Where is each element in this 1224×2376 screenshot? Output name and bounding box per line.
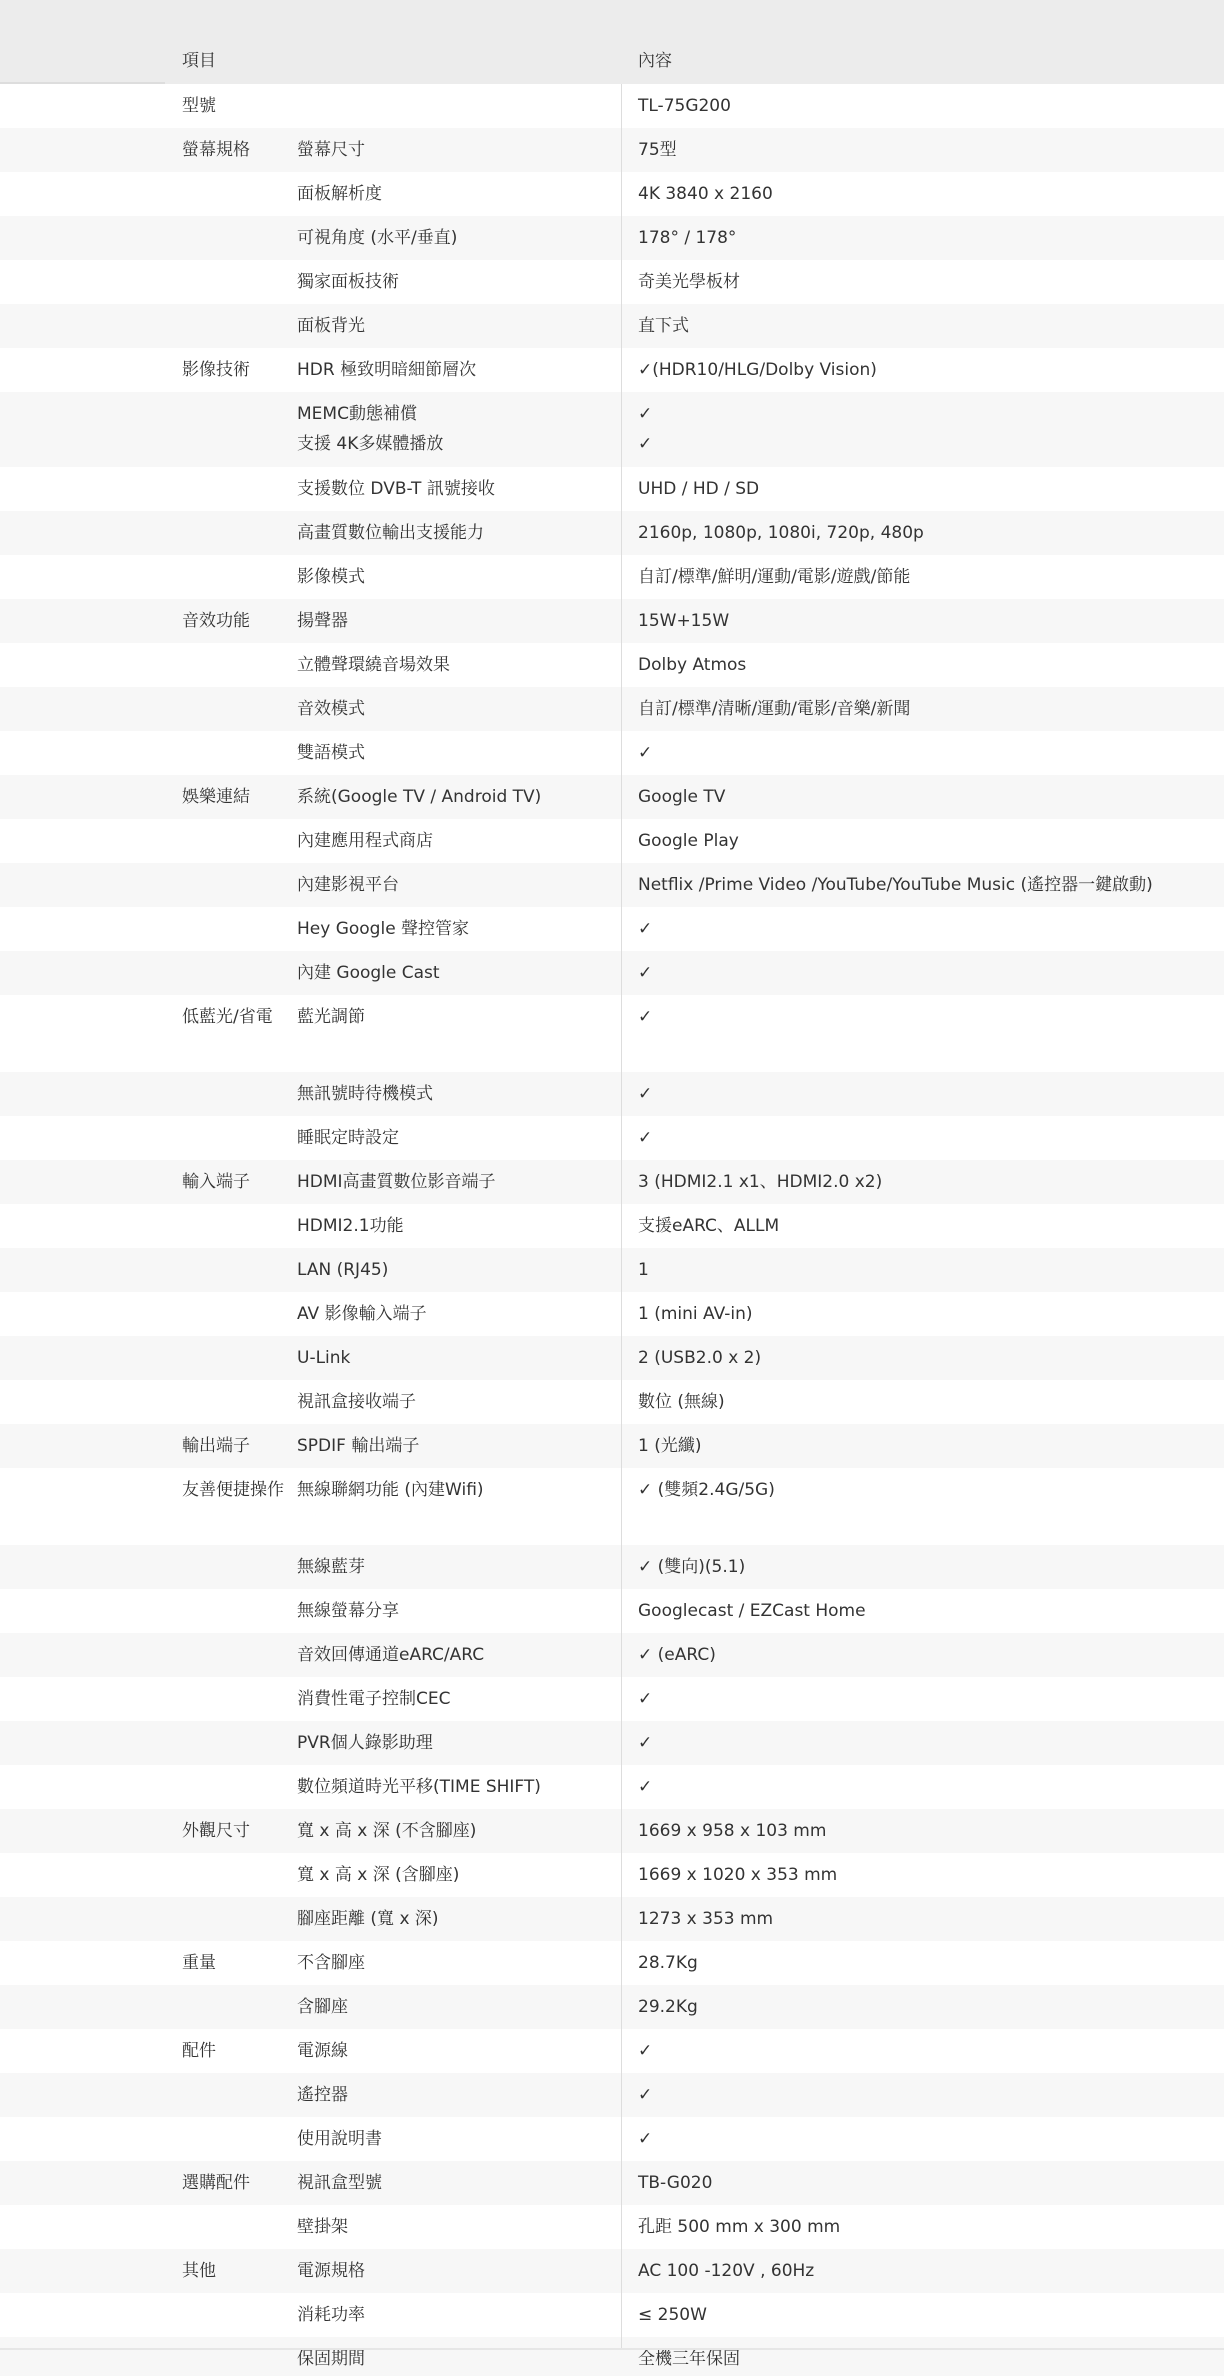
spec-name: Hey Google 聲控管家 bbox=[297, 907, 469, 945]
spec-value: Netflix /Prime Video /YouTube/YouTube Mu… bbox=[638, 863, 1153, 901]
table-row: 音效回傳通道eARC/ARC ✓ (eARC) bbox=[0, 1633, 1224, 1677]
table-row: 消耗功率 ≤ 250W bbox=[0, 2293, 1224, 2337]
spec-value: ✓ bbox=[638, 951, 652, 989]
spec-name: 腳座距離 (寬 x 深) bbox=[297, 1897, 439, 1935]
spec-name: 內建 Google Cast bbox=[297, 951, 440, 989]
spec-value: 奇美光學板材 bbox=[638, 260, 740, 298]
spec-table: 項目 內容 型號 TL-75G200 螢幕規格 螢幕尺寸 75型 面板解析度 4… bbox=[0, 0, 1224, 2376]
spec-name: HDMI2.1功能 bbox=[297, 1204, 404, 1242]
table-row: 低藍光/省電 藍光調節 ✓ bbox=[0, 995, 1224, 1072]
spec-value: ✓ bbox=[638, 1677, 652, 1715]
spec-name: 睡眠定時設定 bbox=[297, 1116, 399, 1154]
table-row: AV 影像輸入端子 1 (mini AV-in) bbox=[0, 1292, 1224, 1336]
table-header: 項目 內容 bbox=[0, 0, 1224, 84]
group-label bbox=[182, 1116, 292, 1123]
spec-value: 1669 x 958 x 103 mm bbox=[638, 1809, 826, 1847]
spec-name: 面板背光 bbox=[297, 304, 365, 342]
table-row: 配件 電源線 ✓ bbox=[0, 2029, 1224, 2073]
group-label bbox=[182, 1336, 292, 1343]
spec-name: 可視角度 (水平/垂直) bbox=[297, 216, 457, 254]
spec-value: ✓ bbox=[638, 1072, 652, 1110]
spec-name: AV 影像輸入端子 bbox=[297, 1292, 427, 1330]
spec-name: 內建應用程式商店 bbox=[297, 819, 433, 857]
table-row: 內建 Google Cast ✓ bbox=[0, 951, 1224, 995]
group-label bbox=[182, 1677, 292, 1684]
spec-value: ✓ (雙向)(5.1) bbox=[638, 1545, 745, 1583]
spec-name: 使用說明書 bbox=[297, 2117, 382, 2155]
group-label: 配件 bbox=[182, 2029, 292, 2067]
spec-value: 自訂/標準/清晰/運動/電影/音樂/新聞 bbox=[638, 687, 910, 725]
group-label bbox=[182, 731, 292, 738]
spec-value: 1 bbox=[638, 1248, 649, 1286]
spec-value: 自訂/標準/鮮明/運動/電影/遊戲/節能 bbox=[638, 555, 910, 593]
table-row: 高畫質數位輸出支援能力 2160p, 1080p, 1080i, 720p, 4… bbox=[0, 511, 1224, 555]
table-bottom-border bbox=[0, 2348, 1224, 2350]
table-row: 輸入端子 HDMI高畫質數位影音端子 3 (HDMI2.1 x1、HDMI2.0… bbox=[0, 1160, 1224, 1204]
header-content: 內容 bbox=[638, 51, 672, 71]
spec-name: 視訊盒型號 bbox=[297, 2161, 382, 2199]
spec-name: 消耗功率 bbox=[297, 2293, 365, 2331]
group-label bbox=[182, 1072, 292, 1079]
group-label bbox=[182, 2205, 292, 2212]
spec-value: ✓ (雙頻2.4G/5G) bbox=[638, 1468, 775, 1506]
table-row: 支援數位 DVB-T 訊號接收 UHD / HD / SD bbox=[0, 467, 1224, 511]
spec-name: HDMI高畫質數位影音端子 bbox=[297, 1160, 496, 1198]
spec-value: 支援eARC、ALLM bbox=[638, 1204, 779, 1242]
spec-value: 4K 3840 x 2160 bbox=[638, 172, 773, 210]
spec-name: 支援數位 DVB-T 訊號接收 bbox=[297, 467, 495, 505]
spec-value: ✓ bbox=[638, 731, 652, 769]
group-label bbox=[182, 1380, 292, 1387]
group-label bbox=[182, 1985, 292, 1992]
group-label bbox=[182, 1545, 292, 1552]
table-row: 睡眠定時設定 ✓ bbox=[0, 1116, 1224, 1160]
group-label bbox=[182, 216, 292, 223]
spec-name: 保固期間 bbox=[297, 2337, 365, 2375]
group-label bbox=[182, 304, 292, 311]
spec-value: 孔距 500 mm x 300 mm bbox=[638, 2205, 840, 2243]
group-label bbox=[182, 1765, 292, 1772]
spec-value: ≤ 250W bbox=[638, 2293, 707, 2331]
spec-name: 無線藍芽 bbox=[297, 1545, 365, 1583]
spec-value: TL-75G200 bbox=[638, 84, 731, 122]
spec-value: 28.7Kg bbox=[638, 1941, 698, 1979]
table-row: 壁掛架 孔距 500 mm x 300 mm bbox=[0, 2205, 1224, 2249]
group-label bbox=[182, 555, 292, 562]
spec-name: 系統(Google TV / Android TV) bbox=[297, 775, 541, 813]
group-label bbox=[182, 907, 292, 914]
spec-name: 音效回傳通道eARC/ARC bbox=[297, 1633, 484, 1671]
table-row: 消費性電子控制CEC ✓ bbox=[0, 1677, 1224, 1721]
group-label: 影像技術 bbox=[182, 348, 292, 386]
table-row: MEMC動態補償支援 4K多媒體播放 ✓✓ bbox=[0, 392, 1224, 467]
group-label: 輸入端子 bbox=[182, 1160, 292, 1198]
group-label bbox=[182, 2073, 292, 2080]
spec-value: Dolby Atmos bbox=[638, 643, 746, 681]
group-label bbox=[182, 1292, 292, 1299]
group-label bbox=[182, 643, 292, 650]
spec-name: 寬 x 高 x 深 (不含腳座) bbox=[297, 1809, 476, 1847]
table-row: Hey Google 聲控管家 ✓ bbox=[0, 907, 1224, 951]
spec-name: LAN (RJ45) bbox=[297, 1248, 388, 1286]
table-row: 無訊號時待機模式 ✓ bbox=[0, 1072, 1224, 1116]
group-label bbox=[182, 863, 292, 870]
table-row: 獨家面板技術 奇美光學板材 bbox=[0, 260, 1224, 304]
table-row: 含腳座 29.2Kg bbox=[0, 1985, 1224, 2029]
spec-value: 1273 x 353 mm bbox=[638, 1897, 773, 1935]
spec-value: 全機三年保固 bbox=[638, 2337, 740, 2375]
spec-value: TB-G020 bbox=[638, 2161, 712, 2199]
spec-name: 無線聯網功能 (內建Wifi) bbox=[297, 1468, 484, 1506]
spec-value: ✓ bbox=[638, 1765, 652, 1803]
spec-value: ✓ bbox=[638, 2117, 652, 2155]
table-row: 影像模式 自訂/標準/鮮明/運動/電影/遊戲/節能 bbox=[0, 555, 1224, 599]
spec-name-line: 支援 4K多媒體播放 bbox=[297, 429, 443, 459]
spec-value: 直下式 bbox=[638, 304, 689, 342]
spec-name: 電源規格 bbox=[297, 2249, 365, 2287]
spec-value: 2 (USB2.0 x 2) bbox=[638, 1336, 761, 1374]
table-row: 螢幕規格 螢幕尺寸 75型 bbox=[0, 128, 1224, 172]
spec-value: ✓ (eARC) bbox=[638, 1633, 716, 1671]
table-row: 無線藍芽 ✓ (雙向)(5.1) bbox=[0, 1545, 1224, 1589]
spec-name: SPDIF 輸出端子 bbox=[297, 1424, 419, 1462]
table-row: 娛樂連結 系統(Google TV / Android TV) Google T… bbox=[0, 775, 1224, 819]
spec-value: 1 (mini AV-in) bbox=[638, 1292, 752, 1330]
table-row: 型號 TL-75G200 bbox=[0, 84, 1224, 128]
group-label bbox=[182, 951, 292, 958]
table-row: 寬 x 高 x 深 (含腳座) 1669 x 1020 x 353 mm bbox=[0, 1853, 1224, 1897]
table-row: 內建影視平台 Netflix /Prime Video /YouTube/You… bbox=[0, 863, 1224, 907]
group-label bbox=[182, 260, 292, 267]
table-row: 面板解析度 4K 3840 x 2160 bbox=[0, 172, 1224, 216]
spec-name: 遙控器 bbox=[297, 2073, 348, 2111]
table-row: 保固期間 全機三年保固 bbox=[0, 2337, 1224, 2376]
table-row: LAN (RJ45) 1 bbox=[0, 1248, 1224, 1292]
spec-name: 螢幕尺寸 bbox=[297, 128, 365, 166]
table-row: 遙控器 ✓ bbox=[0, 2073, 1224, 2117]
spec-value: 75型 bbox=[638, 128, 677, 166]
group-label bbox=[182, 1248, 292, 1255]
spec-value: ✓ bbox=[638, 2029, 652, 2067]
spec-value: Google TV bbox=[638, 775, 725, 813]
spec-name: 影像模式 bbox=[297, 555, 365, 593]
spec-value: 1 (光纖) bbox=[638, 1424, 701, 1462]
spec-value: 2160p, 1080p, 1080i, 720p, 480p bbox=[638, 511, 924, 549]
spec-name: 電源線 bbox=[297, 2029, 348, 2067]
spec-name: MEMC動態補償支援 4K多媒體播放 bbox=[297, 392, 443, 459]
table-row: PVR個人錄影助理 ✓ bbox=[0, 1721, 1224, 1765]
table-row: 其他 電源規格 AC 100 -120V , 60Hz bbox=[0, 2249, 1224, 2293]
group-label: 選購配件 bbox=[182, 2161, 292, 2199]
group-label bbox=[182, 1633, 292, 1640]
header-item: 項目 bbox=[182, 51, 216, 71]
spec-value: 29.2Kg bbox=[638, 1985, 698, 2023]
spec-value: 15W+15W bbox=[638, 599, 729, 637]
spec-name: 內建影視平台 bbox=[297, 863, 399, 901]
spec-value: UHD / HD / SD bbox=[638, 467, 759, 505]
group-label bbox=[182, 1204, 292, 1211]
table-row: 音效功能 揚聲器 15W+15W bbox=[0, 599, 1224, 643]
table-row: U-Link 2 (USB2.0 x 2) bbox=[0, 1336, 1224, 1380]
spec-value: AC 100 -120V , 60Hz bbox=[638, 2249, 814, 2287]
table-row: 立體聲環繞音場效果 Dolby Atmos bbox=[0, 643, 1224, 687]
spec-value: ✓ bbox=[638, 1721, 652, 1759]
table-row: 腳座距離 (寬 x 深) 1273 x 353 mm bbox=[0, 1897, 1224, 1941]
spec-name: 視訊盒接收端子 bbox=[297, 1380, 416, 1418]
group-label bbox=[182, 2337, 292, 2344]
table-row: 面板背光 直下式 bbox=[0, 304, 1224, 348]
group-label: 低藍光/省電 bbox=[182, 995, 292, 1033]
table-row: 選購配件 視訊盒型號 TB-G020 bbox=[0, 2161, 1224, 2205]
table-row: 重量 不含腳座 28.7Kg bbox=[0, 1941, 1224, 1985]
column-divider bbox=[621, 84, 622, 2348]
table-row: 視訊盒接收端子 數位 (無線) bbox=[0, 1380, 1224, 1424]
spec-name: 含腳座 bbox=[297, 1985, 348, 2023]
table-row: 外觀尺寸 寬 x 高 x 深 (不含腳座) 1669 x 958 x 103 m… bbox=[0, 1809, 1224, 1853]
group-label bbox=[182, 687, 292, 694]
spec-value: ✓ bbox=[638, 2073, 652, 2111]
group-label bbox=[182, 467, 292, 474]
spec-name: 無訊號時待機模式 bbox=[297, 1072, 433, 1110]
group-label bbox=[182, 392, 292, 399]
spec-value: 數位 (無線) bbox=[638, 1380, 725, 1418]
spec-value: ✓ bbox=[638, 995, 652, 1033]
spec-name: 面板解析度 bbox=[297, 172, 382, 210]
spec-name: HDR 極致明暗細節層次 bbox=[297, 348, 476, 386]
group-label: 型號 bbox=[182, 84, 292, 122]
table-row: 雙語模式 ✓ bbox=[0, 731, 1224, 775]
spec-name: 寬 x 高 x 深 (含腳座) bbox=[297, 1853, 459, 1891]
spec-value-line: ✓ bbox=[638, 429, 652, 459]
group-label: 其他 bbox=[182, 2249, 292, 2287]
group-label bbox=[182, 2293, 292, 2300]
table-row: 影像技術 HDR 極致明暗細節層次 ✓(HDR10/HLG/Dolby Visi… bbox=[0, 348, 1224, 392]
spec-name: 無線螢幕分享 bbox=[297, 1589, 399, 1627]
group-label bbox=[182, 2117, 292, 2124]
group-label bbox=[182, 511, 292, 518]
table-row: 友善便捷操作 無線聯網功能 (內建Wifi) ✓ (雙頻2.4G/5G) bbox=[0, 1468, 1224, 1545]
group-label: 輸出端子 bbox=[182, 1424, 292, 1462]
group-label: 螢幕規格 bbox=[182, 128, 292, 166]
spec-name: 壁掛架 bbox=[297, 2205, 348, 2243]
group-label bbox=[182, 1721, 292, 1728]
spec-name: 獨家面板技術 bbox=[297, 260, 399, 298]
spec-value-line: ✓ bbox=[638, 399, 652, 429]
spec-value: Googlecast / EZCast Home bbox=[638, 1589, 866, 1627]
spec-value: ✓(HDR10/HLG/Dolby Vision) bbox=[638, 348, 877, 386]
spec-value: 1669 x 1020 x 353 mm bbox=[638, 1853, 837, 1891]
group-label bbox=[182, 819, 292, 826]
group-label: 重量 bbox=[182, 1941, 292, 1979]
spec-name: 藍光調節 bbox=[297, 995, 365, 1033]
table-row: 音效模式 自訂/標準/清晰/運動/電影/音樂/新聞 bbox=[0, 687, 1224, 731]
spec-name: 音效模式 bbox=[297, 687, 365, 725]
group-label: 友善便捷操作 bbox=[182, 1468, 292, 1506]
group-label bbox=[182, 1853, 292, 1860]
table-row: 無線螢幕分享 Googlecast / EZCast Home bbox=[0, 1589, 1224, 1633]
table-body: 型號 TL-75G200 螢幕規格 螢幕尺寸 75型 面板解析度 4K 3840… bbox=[0, 84, 1224, 2376]
table-row: 使用說明書 ✓ bbox=[0, 2117, 1224, 2161]
spec-name: PVR個人錄影助理 bbox=[297, 1721, 433, 1759]
spec-name: 揚聲器 bbox=[297, 599, 348, 637]
group-label: 外觀尺寸 bbox=[182, 1809, 292, 1847]
group-label bbox=[182, 1589, 292, 1596]
spec-name: 不含腳座 bbox=[297, 1941, 365, 1979]
spec-value: 3 (HDMI2.1 x1、HDMI2.0 x2) bbox=[638, 1160, 882, 1198]
table-row: 可視角度 (水平/垂直) 178° / 178° bbox=[0, 216, 1224, 260]
group-label: 音效功能 bbox=[182, 599, 292, 637]
spec-value: ✓ bbox=[638, 1116, 652, 1154]
spec-name: 數位頻道時光平移(TIME SHIFT) bbox=[297, 1765, 541, 1803]
table-row: 輸出端子 SPDIF 輸出端子 1 (光纖) bbox=[0, 1424, 1224, 1468]
table-row: 內建應用程式商店 Google Play bbox=[0, 819, 1224, 863]
table-row: HDMI2.1功能 支援eARC、ALLM bbox=[0, 1204, 1224, 1248]
spec-value: Google Play bbox=[638, 819, 739, 857]
spec-value: 178° / 178° bbox=[638, 216, 736, 254]
spec-value: ✓✓ bbox=[638, 392, 652, 459]
spec-name: 消費性電子控制CEC bbox=[297, 1677, 450, 1715]
spec-name: 立體聲環繞音場效果 bbox=[297, 643, 450, 681]
spec-value: ✓ bbox=[638, 907, 652, 945]
spec-name: 雙語模式 bbox=[297, 731, 365, 769]
spec-name: U-Link bbox=[297, 1336, 350, 1374]
table-row: 數位頻道時光平移(TIME SHIFT) ✓ bbox=[0, 1765, 1224, 1809]
spec-name: 高畫質數位輸出支援能力 bbox=[297, 511, 484, 549]
spec-name-line: MEMC動態補償 bbox=[297, 399, 443, 429]
group-label bbox=[182, 1897, 292, 1904]
group-label: 娛樂連結 bbox=[182, 775, 292, 813]
group-label bbox=[182, 172, 292, 179]
